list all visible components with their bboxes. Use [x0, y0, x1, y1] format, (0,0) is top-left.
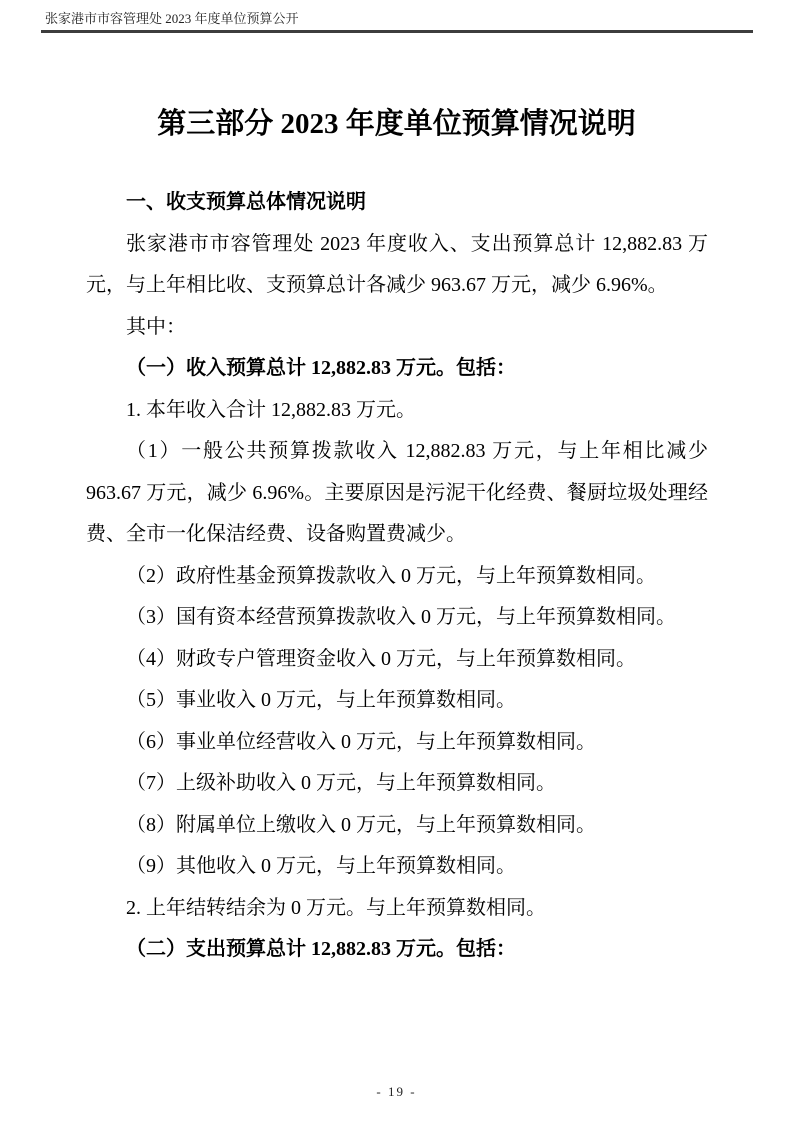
document-page: 张家港市市容管理处 2023 年度单位预算公开 第三部分 2023 年度单位预算… — [0, 0, 793, 1122]
document-body: 一、收支预算总体情况说明 张家港市市容管理处 2023 年度收入、支出预算总计 … — [86, 182, 708, 971]
paragraph-income-total: （一）收入预算总计 12,882.83 万元。包括： — [86, 348, 708, 390]
header-rule — [41, 30, 753, 33]
paragraph: （2）政府性基金预算拨款收入 0 万元，与上年预算数相同。 — [86, 556, 708, 598]
paragraph-expense-total: （二）支出预算总计 12,882.83 万元。包括： — [86, 929, 708, 971]
paragraph: 2. 上年结转结余为 0 万元。与上年预算数相同。 — [86, 888, 708, 930]
paragraph: （7）上级补助收入 0 万元，与上年预算数相同。 — [86, 763, 708, 805]
paragraph: 1. 本年收入合计 12,882.83 万元。 — [86, 390, 708, 432]
page-number: - 19 - — [376, 1084, 416, 1099]
paragraph: （6）事业单位经营收入 0 万元，与上年预算数相同。 — [86, 722, 708, 764]
paragraph: （9）其他收入 0 万元，与上年预算数相同。 — [86, 846, 708, 888]
paragraph: （5）事业收入 0 万元，与上年预算数相同。 — [86, 680, 708, 722]
paragraph: （3）国有资本经营预算拨款收入 0 万元，与上年预算数相同。 — [86, 597, 708, 639]
running-header-text: 张家港市市容管理处 2023 年度单位预算公开 — [41, 10, 753, 27]
paragraph: 其中： — [86, 307, 708, 349]
section-heading: 一、收支预算总体情况说明 — [86, 182, 708, 224]
document-title: 第三部分 2023 年度单位预算情况说明 — [0, 104, 793, 144]
paragraph: 张家港市市容管理处 2023 年度收入、支出预算总计 12,882.83 万元，… — [86, 224, 708, 307]
page-header: 张家港市市容管理处 2023 年度单位预算公开 — [41, 10, 753, 41]
paragraph: （4）财政专户管理资金收入 0 万元，与上年预算数相同。 — [86, 639, 708, 681]
paragraph: （8）附属单位上缴收入 0 万元，与上年预算数相同。 — [86, 805, 708, 847]
page-footer: - 19 - — [0, 1084, 793, 1100]
paragraph: （1）一般公共预算拨款收入 12,882.83 万元，与上年相比减少 963.6… — [86, 431, 708, 556]
